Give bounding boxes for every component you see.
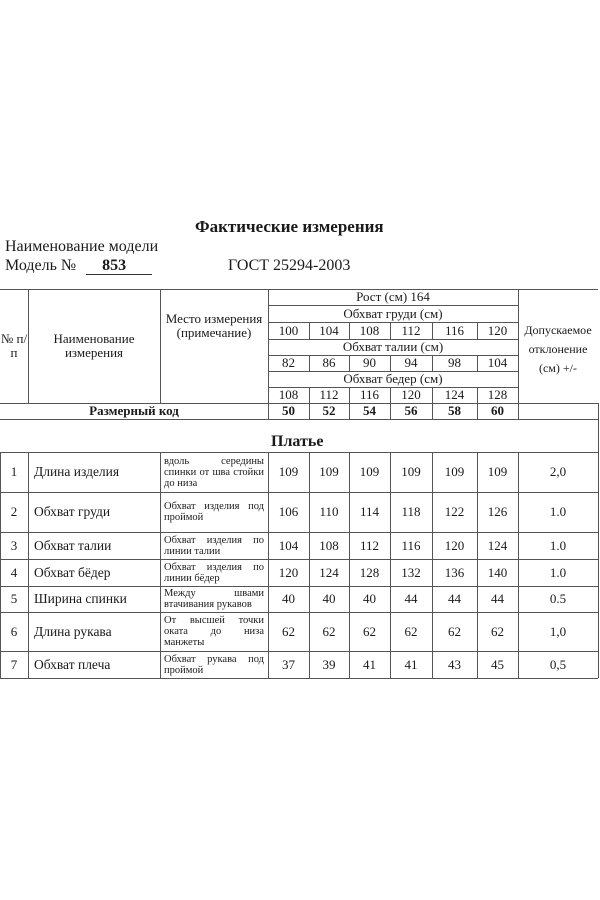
measurement-value: 62 (268, 612, 309, 651)
measurement-value: 104 (268, 532, 309, 559)
measurement-value: 122 (432, 492, 477, 532)
measurement-place: Между швами втачивания рукавов (160, 586, 268, 612)
measurement-name: Длина рукава (28, 612, 160, 651)
measurement-value: 109 (477, 452, 518, 492)
measurement-value: 62 (309, 612, 349, 651)
measurement-value: 116 (390, 532, 432, 559)
tolerance-header: Допускаемое отклонение (см) +/- (518, 305, 598, 393)
measurement-value: 62 (477, 612, 518, 651)
measurement-name: Обхват бёдер (28, 559, 160, 586)
measurement-value: 118 (390, 492, 432, 532)
measurement-value: 126 (477, 492, 518, 532)
row-number: 1 (0, 452, 28, 492)
chest-value: 120 (477, 322, 518, 339)
chest-value: 100 (268, 322, 309, 339)
size-code: 60 (477, 403, 518, 419)
row-number: 5 (0, 586, 28, 612)
measurement-value: 109 (349, 452, 390, 492)
measurement-value: 41 (349, 651, 390, 678)
hips-value: 112 (309, 387, 349, 403)
grid-line (0, 678, 598, 679)
measurement-value: 109 (268, 452, 309, 492)
row-number: 2 (0, 492, 28, 532)
hips-label: Обхват бедер (см) (268, 371, 518, 387)
measurement-value: 112 (349, 532, 390, 559)
measurement-value: 106 (268, 492, 309, 532)
measurement-value: 128 (349, 559, 390, 586)
measurement-value: 132 (390, 559, 432, 586)
measurement-value: 136 (432, 559, 477, 586)
measurement-value: 39 (309, 651, 349, 678)
grid-line (0, 419, 598, 420)
waist-value: 94 (390, 355, 432, 371)
grid-line (518, 289, 598, 290)
size-code-label: Размерный код (0, 403, 268, 419)
waist-value: 104 (477, 355, 518, 371)
measurement-value: 44 (432, 586, 477, 612)
measurement-value: 40 (309, 586, 349, 612)
measurement-value: 124 (309, 559, 349, 586)
measurement-value: 110 (309, 492, 349, 532)
measurement-value: 140 (477, 559, 518, 586)
size-code: 56 (390, 403, 432, 419)
tolerance-value: 0.5 (518, 586, 598, 612)
size-code: 54 (349, 403, 390, 419)
measurement-value: 109 (309, 452, 349, 492)
grid-line (598, 403, 599, 452)
tolerance-value: 1.0 (518, 559, 598, 586)
measurement-value: 37 (268, 651, 309, 678)
grid-line (598, 452, 599, 678)
measurement-value: 109 (432, 452, 477, 492)
model-number: 853 (86, 258, 152, 275)
chest-label: Обхват груди (см) (268, 305, 518, 322)
col-header-no: № п/ п (0, 289, 28, 403)
hips-value: 124 (432, 387, 477, 403)
model-number-label: Модель № (5, 257, 76, 274)
hips-value: 128 (477, 387, 518, 403)
measurement-name: Ширина спинки (28, 586, 160, 612)
height-label: Рост (см) 164 (268, 289, 518, 305)
standard-label: ГОСТ 25294-2003 (228, 257, 350, 275)
col-header-place: Место измерения (примечание) (160, 289, 268, 363)
measurement-value: 62 (432, 612, 477, 651)
row-number: 7 (0, 651, 28, 678)
hips-value: 120 (390, 387, 432, 403)
row-number: 3 (0, 532, 28, 559)
measurement-place: Обхват изделия по линии бёдер (160, 559, 268, 586)
tolerance-value: 1,0 (518, 612, 598, 651)
model-number-line: Модель № 853 (5, 257, 152, 275)
size-code: 58 (432, 403, 477, 419)
col-header-name: Наименование измерения (28, 289, 160, 403)
size-code: 52 (309, 403, 349, 419)
document-title: Фактические измерения (0, 217, 600, 237)
measurement-name: Длина изделия (28, 452, 160, 492)
measurement-value: 114 (349, 492, 390, 532)
tolerance-value: 0,5 (518, 651, 598, 678)
measurement-value: 44 (477, 586, 518, 612)
hips-value: 116 (349, 387, 390, 403)
measurement-value: 44 (390, 586, 432, 612)
tolerance-value: 2,0 (518, 452, 598, 492)
chest-value: 116 (432, 322, 477, 339)
measurement-name: Обхват груди (28, 492, 160, 532)
measurement-value: 109 (390, 452, 432, 492)
measurement-value: 108 (309, 532, 349, 559)
measurement-value: 40 (268, 586, 309, 612)
row-number: 6 (0, 612, 28, 651)
measurement-value: 45 (477, 651, 518, 678)
chest-value: 108 (349, 322, 390, 339)
measurement-place: вдоль середины спинки от шва стойки до н… (160, 452, 268, 492)
waist-value: 82 (268, 355, 309, 371)
model-name-label: Наименование модели (5, 238, 158, 256)
measurement-place: Обхват изделия под проймой (160, 492, 268, 532)
measurement-place: Обхват рукава под проймой (160, 651, 268, 678)
measurement-value: 43 (432, 651, 477, 678)
measurement-name: Обхват плеча (28, 651, 160, 678)
row-number: 4 (0, 559, 28, 586)
chest-value: 104 (309, 322, 349, 339)
measurement-value: 40 (349, 586, 390, 612)
measurement-value: 124 (477, 532, 518, 559)
tolerance-value: 1.0 (518, 532, 598, 559)
chest-value: 112 (390, 322, 432, 339)
waist-label: Обхват талии (см) (268, 339, 518, 355)
measurement-place: Обхват изделия по линии талии (160, 532, 268, 559)
measurement-value: 62 (349, 612, 390, 651)
measurement-value: 120 (268, 559, 309, 586)
tolerance-value: 1.0 (518, 492, 598, 532)
measurement-value: 41 (390, 651, 432, 678)
waist-value: 86 (309, 355, 349, 371)
measurement-value: 62 (390, 612, 432, 651)
waist-value: 90 (349, 355, 390, 371)
size-code: 50 (268, 403, 309, 419)
waist-value: 98 (432, 355, 477, 371)
measurement-name: Обхват талии (28, 532, 160, 559)
hips-value: 108 (268, 387, 309, 403)
measurement-place: От высшей точки оката до низа манжеты (160, 612, 268, 651)
measurement-value: 120 (432, 532, 477, 559)
